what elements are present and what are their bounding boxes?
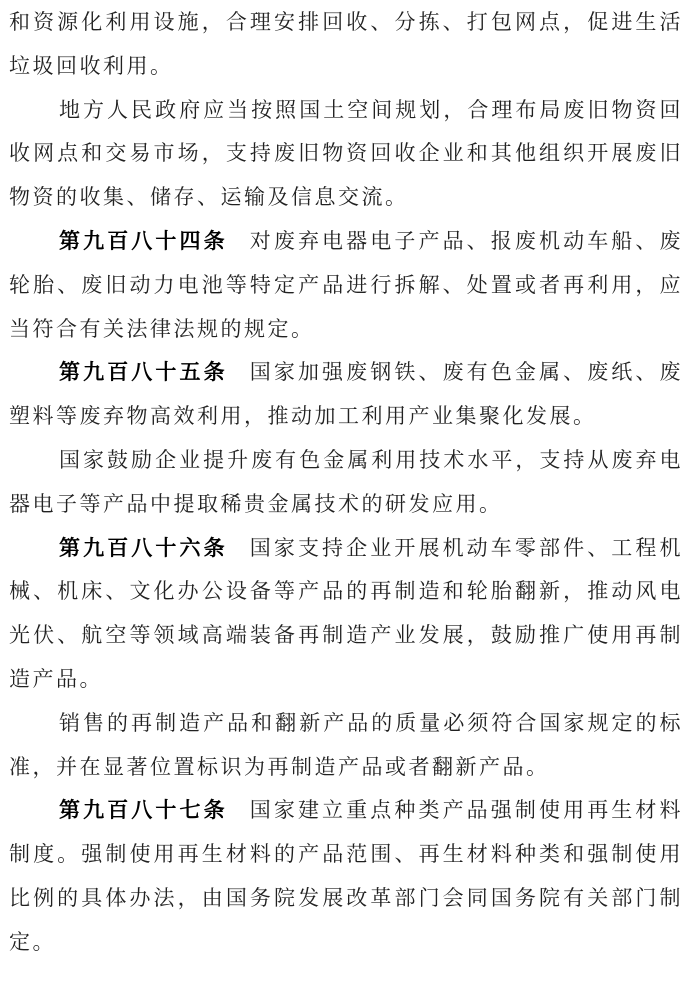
article-text: 国家加强废钢铁、废有色金属、废纸、废 [250, 360, 683, 384]
document-page: 和资源化利用设施，合理安排回收、分拣、打包网点，促进生活 垃圾回收利用。 地方人… [0, 0, 687, 985]
paragraph-article-986: 第九百八十六条国家支持企业开展机动车零部件、工程机 械、机床、文化办公设备等产品… [9, 527, 683, 702]
text-line: 地方人民政府应当按照国土空间规划，合理布局废旧物资回 [9, 89, 683, 133]
article-text: 国家支持企业开展机动车零部件、工程机 [250, 536, 683, 560]
text-line: 第九百八十五条国家加强废钢铁、废有色金属、废纸、废 [9, 351, 683, 395]
text-line: 当符合有关法律法规的规定。 [9, 308, 683, 352]
text-line: 制度。强制使用再生材料的产品范围、再生材料种类和强制使用 [9, 833, 683, 877]
text-line: 第九百八十七条国家建立重点种类产品强制使用再生材料 [9, 789, 683, 833]
paragraph-article-984: 第九百八十四条对废弃电器电子产品、报废机动车船、废 轮胎、废旧动力电池等特定产品… [9, 220, 683, 351]
paragraph: 地方人民政府应当按照国土空间规划，合理布局废旧物资回 收网点和交易市场，支持废旧… [9, 89, 683, 220]
article-number: 第九百八十七条 [59, 799, 228, 822]
text-line: 准，并在显著位置标识为再制造产品或者翻新产品。 [9, 746, 683, 790]
text-line: 和资源化利用设施，合理安排回收、分拣、打包网点，促进生活 [9, 1, 683, 45]
text-line: 定。 [9, 921, 683, 965]
article-text: 国家建立重点种类产品强制使用再生材料 [250, 798, 683, 822]
paragraph: 销售的再制造产品和翻新产品的质量必须符合国家规定的标 准，并在显著位置标识为再制… [9, 702, 683, 790]
text-line: 轮胎、废旧动力电池等特定产品进行拆解、处置或者再利用，应 [9, 264, 683, 308]
text-line: 塑料等废弃物高效利用，推动加工利用产业集聚化发展。 [9, 395, 683, 439]
text-line: 销售的再制造产品和翻新产品的质量必须符合国家规定的标 [9, 702, 683, 746]
article-number: 第九百八十四条 [59, 230, 228, 253]
paragraph-article-987: 第九百八十七条国家建立重点种类产品强制使用再生材料 制度。强制使用再生材料的产品… [9, 789, 683, 964]
text-line: 物资的收集、储存、运输及信息交流。 [9, 176, 683, 220]
text-line: 造产品。 [9, 658, 683, 702]
text-line: 械、机床、文化办公设备等产品的再制造和轮胎翻新，推动风电 [9, 570, 683, 614]
article-number: 第九百八十六条 [59, 537, 228, 560]
paragraph: 国家鼓励企业提升废有色金属利用技术水平，支持从废弃电 器电子等产品中提取稀贵金属… [9, 439, 683, 527]
text-line: 第九百八十六条国家支持企业开展机动车零部件、工程机 [9, 527, 683, 571]
article-number: 第九百八十五条 [59, 361, 228, 384]
paragraph-article-985: 第九百八十五条国家加强废钢铁、废有色金属、废纸、废 塑料等废弃物高效利用，推动加… [9, 351, 683, 439]
text-line: 第九百八十四条对废弃电器电子产品、报废机动车船、废 [9, 220, 683, 264]
paragraph: 和资源化利用设施，合理安排回收、分拣、打包网点，促进生活 垃圾回收利用。 [9, 1, 683, 89]
text-line: 比例的具体办法，由国务院发展改革部门会同国务院有关部门制 [9, 877, 683, 921]
text-line: 垃圾回收利用。 [9, 45, 683, 89]
text-line: 器电子等产品中提取稀贵金属技术的研发应用。 [9, 483, 683, 527]
text-line: 国家鼓励企业提升废有色金属利用技术水平，支持从废弃电 [9, 439, 683, 483]
article-text: 对废弃电器电子产品、报废机动车船、废 [250, 229, 683, 253]
text-line: 光伏、航空等领域高端装备再制造产业发展，鼓励推广使用再制 [9, 614, 683, 658]
text-line: 收网点和交易市场，支持废旧物资回收企业和其他组织开展废旧 [9, 132, 683, 176]
